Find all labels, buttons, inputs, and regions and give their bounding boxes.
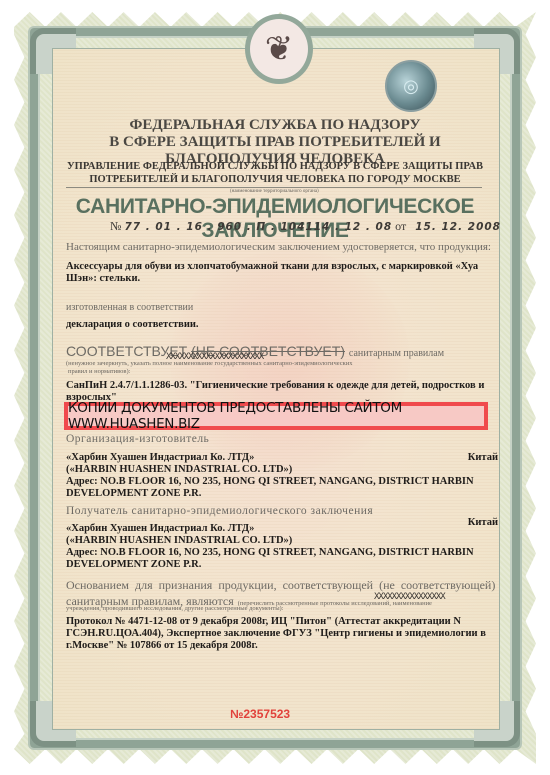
hologram-seal-icon: ◎ (385, 60, 437, 112)
date-prefix: от (395, 219, 406, 233)
manufacturer-country: Китай (468, 452, 498, 464)
protocol-line-1: Протокол № 4471-12-08 от 9 декабря 2008г… (66, 616, 461, 628)
watermark-banner: КОПИИ ДОКУМЕНТОВ ПРЕДОСТАВЛЕНЫ САЙТОМ WW… (64, 402, 488, 430)
document-date: 15. 12. 2008 (415, 221, 501, 233)
department-line-2: ПОТРЕБИТЕЛЕЙ И БЛАГОПОЛУЧИЯ ЧЕЛОВЕКА ПО … (60, 173, 490, 186)
complies-note-2: правил и нормативов): (68, 368, 130, 376)
protocol-line-3: г.Москве" № 107866 от 15 декабря 2008г. (66, 640, 258, 652)
divider (66, 187, 482, 188)
sanpin-line-1: СанПиН 2.4.7/1.1.1286-03. "Гигиенические… (66, 380, 484, 392)
product-line-1: Аксессуары для обуви из хлопчатобумажной… (66, 261, 478, 273)
recipient-country: Китай (468, 517, 498, 529)
complies-suffix: санитарным правилам (349, 348, 444, 359)
basis-note-2: учреждения, проводившего исследования, д… (66, 605, 284, 613)
manufactured-value: декларация о соответствии. (66, 319, 199, 331)
recipient-name-ru: «Харбин Хуашен Индастриал Ко. ЛТД» (66, 523, 254, 535)
manufacturer-address-1: Адрес: NO.B FLOOR 16, NO 235, HONG QI ST… (66, 476, 474, 488)
product-line-2: Шэн»: стельки. (66, 273, 140, 285)
recipient-label: Получатель санитарно-эпидемиологического… (66, 505, 373, 517)
manufactured-label: изготовленная в соответствии (66, 302, 193, 313)
complies-note-1: (ненужное зачеркнуть, указать полное наи… (66, 360, 353, 368)
protocol-line-2: ГСЭН.RU.ЦОА.404), Экспертное заключение … (66, 628, 486, 640)
number-prefix: № (110, 219, 121, 233)
agency-line-1: ФЕДЕРАЛЬНАЯ СЛУЖБА ПО НАДЗОРУ (60, 117, 490, 134)
department-caption: (наименование территориального органа) (230, 189, 319, 194)
recipient-address-2: DEVELOPMENT ZONE P.R. (66, 559, 201, 571)
department-line-1: УПРАВЛЕНИЕ ФЕДЕРАЛЬНОЙ СЛУЖБЫ ПО НАДЗОРУ… (60, 160, 490, 173)
recipient-name-en: («HARBIN HUASHEN INDASTRIAL CO. LTD») (66, 535, 292, 547)
serial-number: №2357523 (230, 707, 290, 721)
document-number: 77 . 01 . 16 . 960 . П . 104114 . 12 . 0… (124, 221, 392, 233)
manufacturer-name-en: («HARBIN HUASHEN INDASTRIAL CO. LTD») (66, 464, 292, 476)
document-number-line: № 77 . 01 . 16 . 960 . П . 104114 . 12 .… (110, 219, 501, 234)
intro-text: Настоящим санитарно-эпидемиологическим з… (66, 241, 491, 253)
basis-line-1: Основанием для признания продукции, соот… (66, 578, 495, 593)
recipient-address-1: Адрес: NO.B FLOOR 16, NO 235, HONG QI ST… (66, 547, 474, 559)
coat-of-arms-icon: ❦ (245, 14, 313, 84)
basis-strike-marks: XXXXXXXXXXXXXXXX (374, 592, 445, 602)
manufacturer-name-ru: «Харбин Хуашен Индастриал Ко. ЛТД» (66, 452, 254, 464)
manufacturer-label: Организация-изготовитель (66, 433, 209, 445)
manufacturer-address-2: DEVELOPMENT ZONE P.R. (66, 488, 201, 500)
